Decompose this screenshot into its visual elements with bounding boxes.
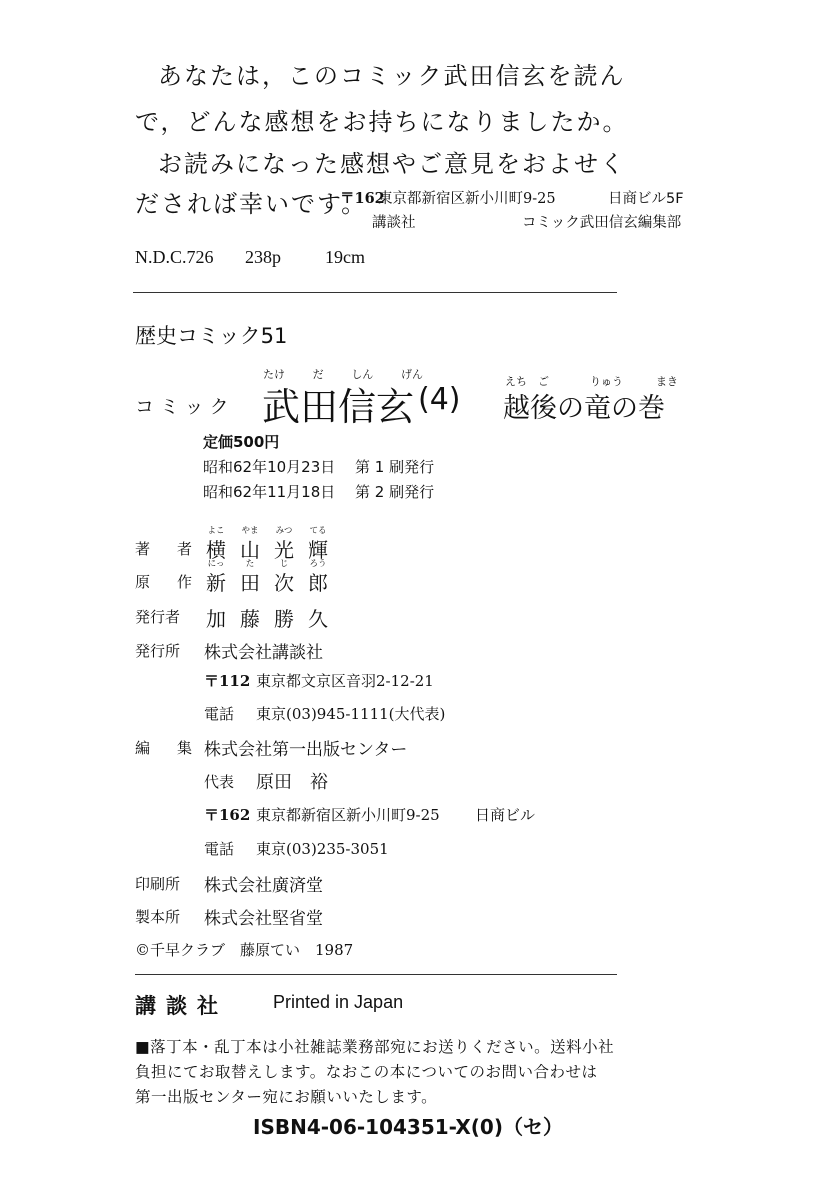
author-label: 著 者 <box>135 538 198 559</box>
editor-phone: 東京(03)235-3051 <box>256 838 389 859</box>
printing-1-label: 第 1 刷発行 <box>355 457 434 477</box>
binder-name: 株式会社堅省堂 <box>204 904 323 929</box>
editor-rep-name: 原田 裕 <box>256 768 328 794</box>
publishing-house-name: 株式会社講談社 <box>204 638 323 663</box>
publisher-person-label: 発行者 <box>135 606 180 627</box>
printing-2-date: 昭和62年11月18日 <box>203 482 335 502</box>
printed-in-japan: Printed in Japan <box>273 992 403 1013</box>
printer-name: 株式会社廣済堂 <box>204 871 323 896</box>
book-size: 19cm <box>325 247 365 268</box>
editor-name: 株式会社第一出版センター <box>204 735 407 760</box>
series-label: 歴史コミック51 <box>135 320 287 350</box>
ndc-code: N.D.C.726 <box>135 247 214 268</box>
publisher-char-1: 加 <box>204 603 228 632</box>
binder-label: 製本所 <box>135 906 180 927</box>
copyright: ©千早クラブ 藤原てい 1987 <box>135 939 353 960</box>
message-line-4: だされば幸いです。 <box>135 190 367 218</box>
editor-building: 日商ビル <box>475 804 535 825</box>
message-building: 日商ビル5F <box>608 190 684 208</box>
editor-address: 東京都新宿区新小川町9-25 <box>256 804 440 825</box>
editor-phone-label: 電話 <box>204 838 234 859</box>
printer-label: 印刷所 <box>135 873 180 894</box>
subtitle: 越後の竜の巻 <box>503 386 665 425</box>
publishing-house-label: 発行所 <box>135 640 180 661</box>
message-line-2: で，どんな感想をお持ちになりましたか。 <box>135 108 629 136</box>
original-char-2: た田 <box>238 567 262 596</box>
publishing-house-address: 東京都文京区音羽2-12-21 <box>256 670 434 691</box>
notice-line-2: 負担にてお取替えします。なおこの本についてのお問い合わせは <box>135 1058 597 1086</box>
divider-top <box>133 292 617 293</box>
printing-1-date: 昭和62年10月23日 <box>203 457 335 477</box>
original-char-4: ろう郎 <box>306 567 330 596</box>
message-publisher: 講談社 <box>372 214 416 232</box>
isbn: ISBN4-06-104351-X(0)（セ） <box>253 1111 563 1140</box>
price: 定価500円 <box>203 432 279 452</box>
message-line-3: お読みになった感想やご意見をおよせく <box>158 150 626 178</box>
publishing-house-postal: 〒112 <box>204 670 250 691</box>
editor-label: 編 集 <box>135 737 198 758</box>
volume-number: (4) <box>418 382 461 417</box>
comic-prefix: コミック <box>135 392 235 419</box>
message-address: 東京都新宿区新小川町9-25 <box>378 190 556 208</box>
divider-bottom <box>135 974 617 975</box>
original-char-1: にっ新 <box>204 567 228 596</box>
publisher-person-name: 加藤勝久 <box>204 603 340 632</box>
editor-rep-label: 代表 <box>204 771 234 792</box>
publishing-house-phone-label: 電話 <box>204 703 234 724</box>
publisher-char-2: 藤 <box>238 603 262 632</box>
notice-line-3: 第一出版センター宛にお願いいたします。 <box>135 1083 437 1111</box>
editor-postal: 〒162 <box>204 804 250 825</box>
publisher-char-4: 久 <box>306 603 330 632</box>
publisher-char-3: 勝 <box>272 603 296 632</box>
original-char-3: じ次 <box>272 567 296 596</box>
publisher-logo: 講談社 <box>135 990 228 1020</box>
main-title: 武田信玄 <box>262 376 414 431</box>
original-author-name: にっ新た田じ次ろう郎 <box>204 567 340 596</box>
message-department: コミック武田信玄編集部 <box>522 214 681 232</box>
printing-2-label: 第 2 刷発行 <box>355 482 434 502</box>
message-line-1: あなたは，このコミック武田信玄を読ん <box>158 62 626 90</box>
original-work-label: 原 作 <box>135 571 198 592</box>
publishing-house-phone: 東京(03)945-1111(大代表) <box>256 703 445 724</box>
notice-line-1: ■落丁本・乱丁本は小社雑誌業務部宛にお送りください。送料小社 <box>135 1033 614 1061</box>
page-count: 238p <box>245 247 281 268</box>
